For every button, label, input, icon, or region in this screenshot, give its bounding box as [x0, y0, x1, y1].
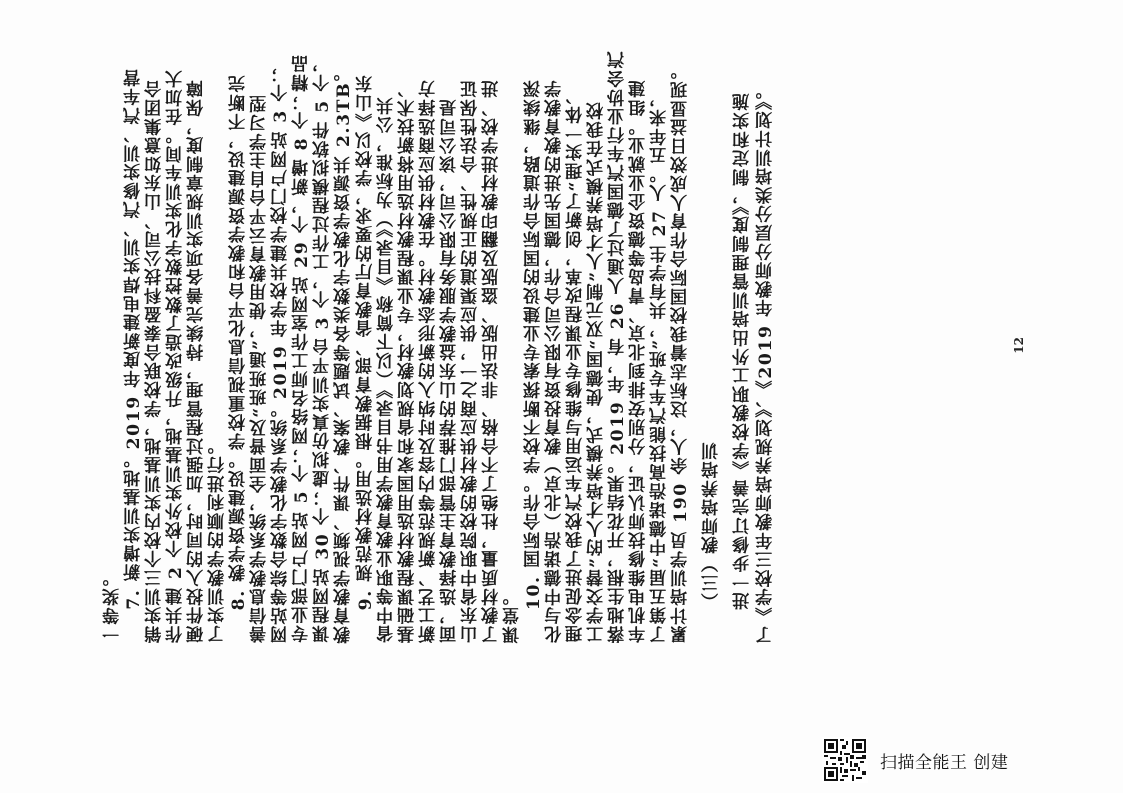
text-column: 新工艺、新规范等内容及时纳入的新形态教材。在教材供应商选择方: [419, 79, 439, 643]
text-column: 教育教学视频、课件、教案、试题等各类数字化教学资源共 2.3TB。: [334, 63, 354, 643]
text-column: 网站等综合数字化教学系统。2019 年学校共建学校门户网站 3 个；: [271, 64, 291, 643]
text-column: 专业部门户网站 5 个；网络名师工作室网站 29 个，新增 8 个；精品: [292, 54, 312, 643]
page-number: 12: [1012, 337, 1026, 354]
text-column: 化与中德诺浩（北京）教育投资有限公司合作，德国先进的教育教学: [545, 79, 565, 643]
text-column: 了实训教学的顺利进行。: [208, 436, 228, 643]
text-column: 8. 教学资源建设。学校重视信息化平台和教学资源建设，不断完: [229, 74, 249, 610]
text-column: 基础课程教材选用国家和省规划教材，专业课程教材选用将新技术、: [398, 79, 418, 643]
text-column: 9. 规范教材选用。根据教育部、省教育厅的要求，学校以《山东: [356, 74, 376, 610]
text-column: 10. 国际合作。学校不断探索专业建设的国际合作道路，继续深: [524, 79, 544, 610]
qr-code-icon: [822, 737, 868, 783]
text-column: 课程网站 30 个；虚拟仿真实训平台 3 个，工作过程模拟软件 5 个，: [313, 54, 333, 643]
text-column: 一等奖。: [103, 568, 123, 643]
text-column: 课堂。: [503, 587, 523, 643]
text-column: 了《学校三年教师培养规划》、《2019 年教师分层分类培训计划》。: [756, 81, 776, 643]
scanner-watermark: 扫描全能王 创建: [822, 735, 1008, 785]
text-column: 了第五届“中德诺浩高技能汽车专班”，共有学生 27 人。五年来，: [650, 89, 670, 643]
text-column: 善信息教学系统，全面普及“班班通”，使用教育云平台自主学习型: [250, 94, 270, 643]
text-column: 工学交替”的人才培养模式，使德国“双元制”人才培养模式在我校: [587, 101, 607, 643]
text-column: 进一步修订完善《学校教职工外出培训管理制度》，制定和实施: [733, 92, 753, 610]
text-column: 车机电维修技师认证，分别安排到北京、青岛等德资企业就业。组建: [629, 79, 649, 643]
text-column: 销实训三个校内实训基地，学校联合泰盈科技公司、山东如意集团合: [145, 79, 165, 643]
text-column: 作共建 2 个校外实训基地，升级改造了数控数字化实训车间。在加大: [166, 69, 186, 643]
text-column: 山东省中职院校的教材供应商之一，供应渠道的正规性、合法性保证: [461, 79, 481, 643]
watermark-text: 扫描全能王 创建: [880, 748, 1008, 773]
text-column: 了教材质量，杜绝了不合格、非法出版、盗版及翻印教材进学校、进: [482, 79, 502, 643]
text-column: 落地生根，开花结果。2019 年，有 26 人通过了德国汽车行业协会汽: [608, 50, 628, 643]
text-column: 7. 新增实训基地。2019 年度新建电焊实训、汽修实训、汽车营: [124, 68, 144, 610]
section-heading: （三）教师培养培训: [702, 441, 722, 610]
scanned-page: 一等奖。 7. 新增实训基地。2019 年度新建电焊实训、汽修实训、汽车营 销实…: [0, 0, 1123, 793]
text-column: 理念促进了我校汽车运用与维修专业课程改革，创新了“理实一体、: [566, 86, 586, 643]
text-column: 累计培训学员 190 余人，这标志着我校国际合作育人成效日益显现。: [671, 61, 691, 643]
text-column: 硬件投入的同时，加强过程管理，持续完善各项实训规章制度，保障: [187, 79, 207, 643]
text-column: 省中等职业教育教学用书目录》（以下简称《目录》）为标准，公共: [377, 96, 397, 643]
text-column: 面，选择教育主管部门推荐的山东益教学服务有限公司，该公司是: [440, 98, 460, 643]
